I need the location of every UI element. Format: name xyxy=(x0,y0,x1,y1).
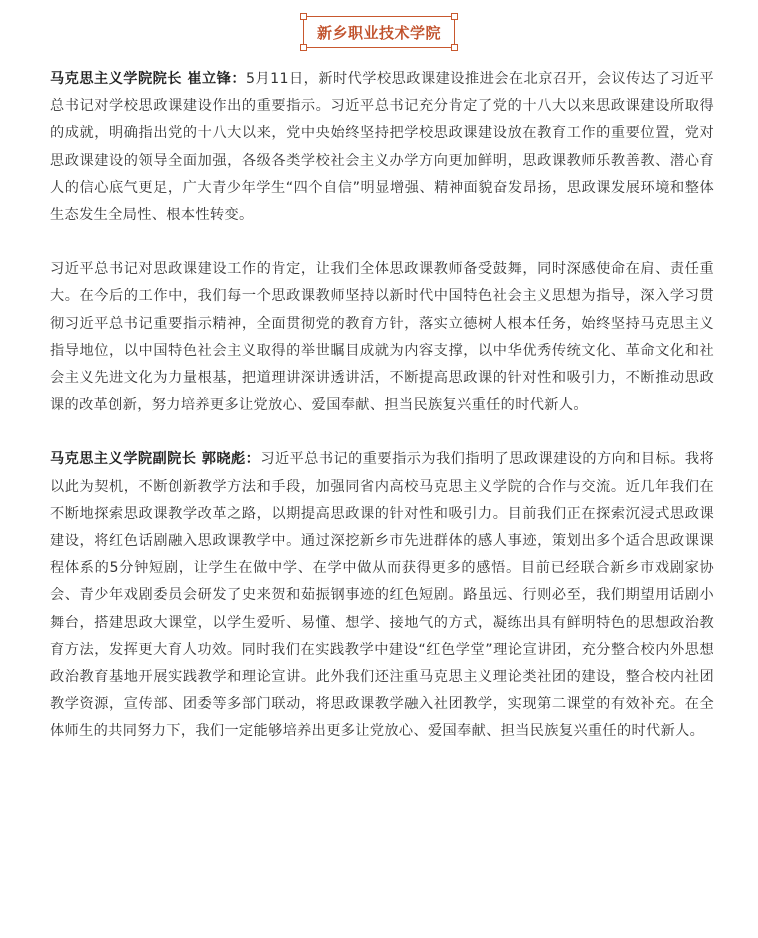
speaker-name: 马克思主义学院院长 崔立锋： xyxy=(50,71,246,87)
title-box: 新乡职业技术学院 xyxy=(303,16,455,48)
paragraph-2: 习近平总书记对思政课建设工作的肯定，让我们全体思政课教师备受鼓舞，同时深感使命在… xyxy=(50,256,714,419)
title-frame: 新乡职业技术学院 xyxy=(300,13,458,51)
paragraph-3: 马克思主义学院副院长 郭晓彪：习近平总书记的重要指示为我们指明了思政课建设的方向… xyxy=(50,446,714,745)
paragraph-text: 习近平总书记对思政课建设工作的肯定，让我们全体思政课教师备受鼓舞，同时深感使命在… xyxy=(50,261,714,413)
corner-ornament-icon xyxy=(451,44,458,51)
paragraph-text: 5月11日，新时代学校思政课建设推进会在北京召开，会议传达了习近平总书记对学校思… xyxy=(50,71,714,223)
paragraph-1: 马克思主义学院院长 崔立锋：5月11日，新时代学校思政课建设推进会在北京召开，会… xyxy=(50,66,714,229)
speaker-name: 马克思主义学院副院长 郭晓彪： xyxy=(50,451,260,467)
page-title: 新乡职业技术学院 xyxy=(317,22,441,43)
corner-ornament-icon xyxy=(451,13,458,20)
article-body: 马克思主义学院院长 崔立锋：5月11日，新时代学校思政课建设推进会在北京召开，会… xyxy=(50,66,714,773)
paragraph-text: 习近平总书记的重要指示为我们指明了思政课建设的方向和目标。我将以此为契机，不断创… xyxy=(50,451,714,739)
corner-ornament-icon xyxy=(300,44,307,51)
corner-ornament-icon xyxy=(300,13,307,20)
